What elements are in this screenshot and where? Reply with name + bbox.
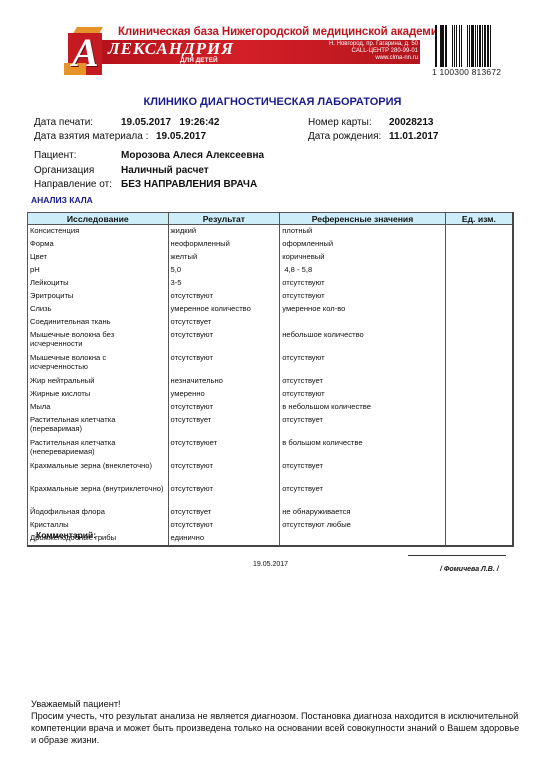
cell-test: Мышечные волокна с исчерченностью: [28, 352, 169, 375]
table-row: Йодофильная флораотсутствуетне обнаружив…: [28, 506, 514, 519]
patient-value: Морозова Алеся Алексеевна: [121, 150, 264, 161]
print-date-label: Дата печати:: [34, 117, 93, 128]
logo-letter: А: [72, 33, 99, 73]
cell-test: Крахмальные зерна (внутриклеточно): [28, 483, 169, 506]
cell-result: незначительно: [168, 375, 280, 388]
table-row: Лейкоциты3-5отсутствуют: [28, 277, 514, 290]
sample-date-label: Дата взятия материала :: [34, 131, 148, 142]
cell-reference: отсутствует: [280, 414, 446, 437]
cell-test: Слизь: [28, 303, 169, 316]
cell-reference: коричневый: [280, 251, 446, 264]
cell-test: Лейкоциты: [28, 277, 169, 290]
cell-unit: [445, 277, 513, 290]
cell-result: умеренно: [168, 388, 280, 401]
cell-unit: [445, 329, 513, 352]
cell-unit: [445, 375, 513, 388]
cell-test: Мыла: [28, 401, 169, 414]
print-date-value: 19.05.2017 19:26:42: [121, 117, 219, 128]
card-number-value: 20028213: [389, 117, 434, 128]
results-table: Исследование Результат Референсные значе…: [27, 212, 514, 547]
barcode-bars: [435, 25, 507, 68]
cell-unit: [445, 225, 513, 239]
cell-reference: [280, 532, 446, 546]
table-row: Жирные кислотыумеренноотсутствуют: [28, 388, 514, 401]
cell-reference: оформленный: [280, 238, 446, 251]
cell-reference: в небольшом количестве: [280, 401, 446, 414]
cell-unit: [445, 264, 513, 277]
cell-reference: отсутствуют: [280, 277, 446, 290]
cell-reference: отсутствуют: [280, 388, 446, 401]
notice-line: и образе жизни.: [31, 734, 545, 746]
table-row: Дрожжеподобные грибыединично: [28, 532, 514, 546]
table-row: Эритроцитыотсутствуютотсутствуют: [28, 290, 514, 303]
table-row: Мышечные волокна без исчерченностиотсутс…: [28, 329, 514, 352]
cell-unit: [445, 352, 513, 375]
table-row: Мышечные волокна с исчерченностьюотсутст…: [28, 352, 514, 375]
cell-test: Жир нейтральный: [28, 375, 169, 388]
cell-unit: [445, 316, 513, 329]
cell-reference: не обнаруживается: [280, 506, 446, 519]
cell-result: отсутствует: [168, 414, 280, 437]
cell-test: Форма: [28, 238, 169, 251]
card-number-label: Номер карты:: [308, 117, 372, 128]
comment-label: Комментарий:: [36, 530, 96, 540]
cell-result: отсутствуют: [168, 483, 280, 506]
table-row: Кристаллыотсутствуютотсутствуют любые: [28, 519, 514, 532]
cell-reference: отсутствует: [280, 460, 446, 483]
cell-unit: [445, 414, 513, 437]
cell-unit: [445, 251, 513, 264]
barcode-number: 1 100300 813672: [432, 67, 501, 77]
cell-result: жидкий: [168, 225, 280, 239]
cell-test: Консистенция: [28, 225, 169, 239]
cell-unit: [445, 437, 513, 460]
organization-value: Наличный расчет: [121, 165, 209, 176]
table-row: Растительная клетчатка (переваримая)отсу…: [28, 414, 514, 437]
cell-reference: небольшое количество: [280, 329, 446, 352]
table-row: Мылаотсутствуютв небольшом количестве: [28, 401, 514, 414]
table-row: Растительная клетчатка (неперевариемая)о…: [28, 437, 514, 460]
cell-reference: плотный: [280, 225, 446, 239]
notice-line: Просим учесть, что результат анализа не …: [31, 710, 545, 722]
table-header-row: Исследование Результат Референсные значе…: [28, 213, 514, 225]
cell-reference: [280, 316, 446, 329]
clinic-logo: А Клиническая база Нижегородской медицин…: [62, 27, 422, 77]
cell-test: Соединительная ткань: [28, 316, 169, 329]
cell-result: отсутствуют: [168, 519, 280, 532]
cell-reference: отсутствует: [280, 375, 446, 388]
cell-test: Крахмальные зерна (внеклеточно): [28, 460, 169, 483]
cell-reference: умеренное кол-во: [280, 303, 446, 316]
cell-unit: [445, 290, 513, 303]
cell-unit: [445, 519, 513, 532]
signer-name: / Фомичева Л.В. /: [440, 566, 499, 573]
column-header-result: Результат: [168, 213, 280, 225]
birth-date-value: 11.01.2017: [389, 131, 439, 142]
cell-unit: [445, 532, 513, 546]
cell-result: 3-5: [168, 277, 280, 290]
cell-result: отсутствуюет: [168, 437, 280, 460]
cell-test: Жирные кислоты: [28, 388, 169, 401]
cell-result: желтый: [168, 251, 280, 264]
cell-result: единично: [168, 532, 280, 546]
table-row: Консистенцияжидкийплотный: [28, 225, 514, 239]
cell-result: отсутствует: [168, 506, 280, 519]
address-line: Н. Новгород, пр. Гагарина, д. 50: [329, 41, 418, 48]
cell-reference: 4,8 - 5,8: [280, 264, 446, 277]
clinic-name: ЛЕКСАНДРИЯ: [108, 39, 234, 59]
cell-reference: отсутствуют: [280, 352, 446, 375]
cell-test: Растительная клетчатка (неперевариемая): [28, 437, 169, 460]
website-line: www.clma-nn.ru: [329, 55, 418, 62]
cell-result: отсутствуют: [168, 401, 280, 414]
table-row: Форманеоформленныйоформленный: [28, 238, 514, 251]
call-center-line: CALL-ЦЕНТР 280-99-01: [329, 48, 418, 55]
cell-result: отсутствуют: [168, 329, 280, 352]
table-row: Цветжелтыйкоричневый: [28, 251, 514, 264]
table-row: Соединительная тканьотсутствует: [28, 316, 514, 329]
table-row: Слизьумеренное количествоумеренное кол-в…: [28, 303, 514, 316]
cell-unit: [445, 238, 513, 251]
cell-reference: в большом количестве: [280, 437, 446, 460]
lab-title: КЛИНИКО ДИАГНОСТИЧЕСКАЯ ЛАБОРАТОРИЯ: [0, 96, 545, 108]
section-title: АНАЛИЗ КАЛА: [31, 195, 93, 205]
table-row: Крахмальные зерна (внеклеточно)отсутству…: [28, 460, 514, 483]
cell-result: неоформленный: [168, 238, 280, 251]
cell-unit: [445, 388, 513, 401]
notice-greeting: Уважаемый пациент!: [31, 698, 545, 710]
cell-unit: [445, 483, 513, 506]
barcode: 1 100300 813672: [432, 25, 510, 80]
cell-test: pH: [28, 264, 169, 277]
column-header-unit: Ед. изм.: [445, 213, 513, 225]
cell-test: Растительная клетчатка (переваримая): [28, 414, 169, 437]
clinic-tagline: Клиническая база Нижегородской медицинск…: [118, 26, 445, 38]
cell-result: отсутствуют: [168, 290, 280, 303]
column-header-reference: Референсные значения: [280, 213, 446, 225]
cell-unit: [445, 401, 513, 414]
cell-result: отсутствует: [168, 316, 280, 329]
cell-reference: отсутствуют: [280, 290, 446, 303]
cell-unit: [445, 506, 513, 519]
cell-result: отсутствуют: [168, 352, 280, 375]
column-header-test: Исследование: [28, 213, 169, 225]
notice-line: компетенции врача и может быть произведе…: [31, 722, 545, 734]
referral-label: Направление от:: [34, 179, 112, 190]
sample-date-value: 19.05.2017: [156, 131, 206, 142]
cell-test: Цвет: [28, 251, 169, 264]
cell-test: Мышечные волокна без исчерченности: [28, 329, 169, 352]
patient-notice: Уважаемый пациент! Просим учесть, что ре…: [31, 698, 545, 746]
table-row: pH5,0 4,8 - 5,8: [28, 264, 514, 277]
signature-line: [408, 555, 506, 556]
birth-date-label: Дата рождения:: [308, 131, 381, 142]
clinic-address: Н. Новгород, пр. Гагарина, д. 50 CALL-ЦЕ…: [329, 41, 418, 62]
cell-result: умеренное количество: [168, 303, 280, 316]
patient-label: Пациент:: [34, 150, 77, 161]
cell-unit: [445, 460, 513, 483]
cell-unit: [445, 303, 513, 316]
signature-date: 19.05.2017: [253, 561, 288, 568]
cell-result: отсутствуют: [168, 460, 280, 483]
organization-label: Организация: [34, 165, 94, 176]
cell-reference: отсутствует: [280, 483, 446, 506]
cell-result: 5,0: [168, 264, 280, 277]
cell-test: Эритроциты: [28, 290, 169, 303]
table-row: Жир нейтральныйнезначительноотсутствует: [28, 375, 514, 388]
cell-reference: отсутствуют любые: [280, 519, 446, 532]
referral-value: БЕЗ НАПРАВЛЕНИЯ ВРАЧА: [121, 179, 257, 190]
clinic-subtitle: ДЛЯ ДЕТЕЙ: [180, 57, 218, 64]
cell-test: Йодофильная флора: [28, 506, 169, 519]
table-row: Крахмальные зерна (внутриклеточно)отсутс…: [28, 483, 514, 506]
